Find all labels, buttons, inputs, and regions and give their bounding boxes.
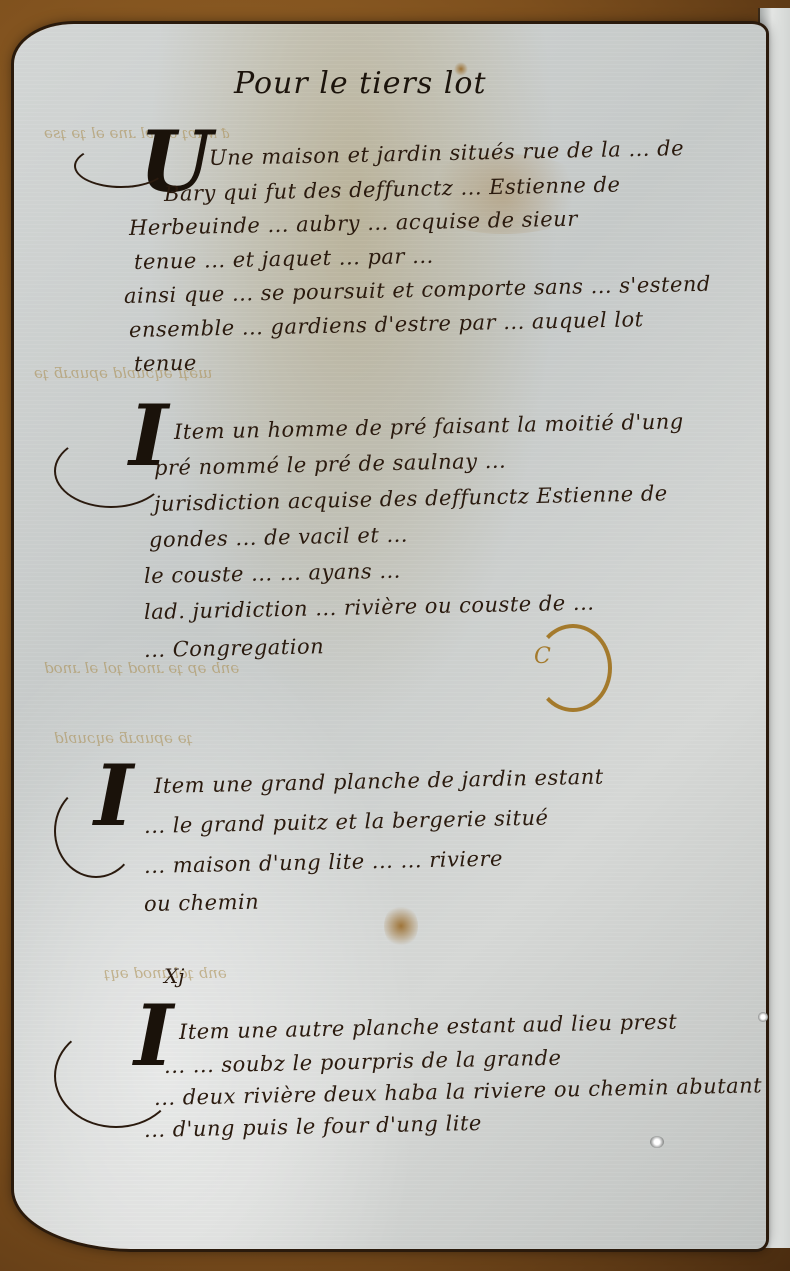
manuscript-line: ... Congregation bbox=[144, 634, 325, 662]
manuscript-line: lad. juridiction ... rivière ou couste d… bbox=[144, 591, 595, 624]
manuscript-line: tenue bbox=[134, 351, 197, 376]
initial-flourish bbox=[54, 784, 138, 878]
manuscript-line: ... maison d'ung lite ... ... riviere bbox=[144, 846, 503, 878]
manuscript-line: ... le grand puitz et la bergerie situé bbox=[144, 806, 549, 838]
manuscript-line: ou chemin bbox=[144, 890, 260, 916]
manuscript-line: ... deux rivière deux haba la riviere ou… bbox=[154, 1073, 763, 1110]
manuscript-line: Item une autre planche estant aud lieu p… bbox=[179, 1010, 678, 1044]
manuscript-line: ainsi que ... se poursuit et comporte sa… bbox=[124, 272, 711, 308]
manuscript-line: Item une grand planche de jardin estant bbox=[154, 765, 604, 798]
heading-text: Pour le tiers lot bbox=[234, 66, 487, 101]
bleed-through-text: ǝnb ǝp ʇǝ ɹnod ʇol ǝl ɹnod bbox=[44, 659, 239, 677]
binding-hole bbox=[650, 1136, 664, 1148]
initial-flourish bbox=[54, 1024, 178, 1128]
manuscript-line: le couste ... ... ayans ... bbox=[144, 559, 401, 588]
manuscript-line: gondes ... de vacil et ... bbox=[149, 523, 408, 552]
binding-hole bbox=[758, 1012, 768, 1022]
manuscript-page: ᵭ ʍɹɐʇ ǝp ɐl ɹnǝ ǝl ʇǝ ʇsǝ ɯǝʇI ǝɥɔuɐld … bbox=[14, 24, 766, 1249]
water-stain bbox=[384, 904, 418, 948]
manuscript-line: jurisdiction acquise des deffunctz Estie… bbox=[154, 481, 668, 516]
manuscript-line: ... ... soubz le pourpris de la grande bbox=[164, 1046, 562, 1078]
margin-mark-c: C bbox=[534, 644, 551, 669]
page-heading: Pour le tiers lot bbox=[234, 66, 487, 101]
manuscript-line: Item un homme de pré faisant la moitié d… bbox=[174, 409, 684, 444]
manuscript-line: ... d'ung puis le four d'ung lite bbox=[144, 1111, 482, 1142]
manuscript-line: Herbeuinde ... aubry ... acquise de sieu… bbox=[129, 207, 578, 240]
initial-flourish bbox=[74, 144, 168, 188]
bleed-through-text: ʇǝ ǝpuɐɹƃ ǝɥɔuɐld bbox=[54, 729, 193, 747]
manuscript-line: pré nommé le pré de saulnay ... bbox=[154, 449, 507, 480]
initial-flourish bbox=[54, 434, 168, 508]
manuscript-line: Une maison et jardin situés rue de la ..… bbox=[209, 136, 685, 170]
manuscript-line: tenue ... et jaquet ... par ... bbox=[134, 244, 434, 274]
margin-mark-xj: Xj bbox=[164, 964, 184, 988]
manuscript-line: ensemble ... gardiens d'estre par ... au… bbox=[129, 307, 644, 342]
